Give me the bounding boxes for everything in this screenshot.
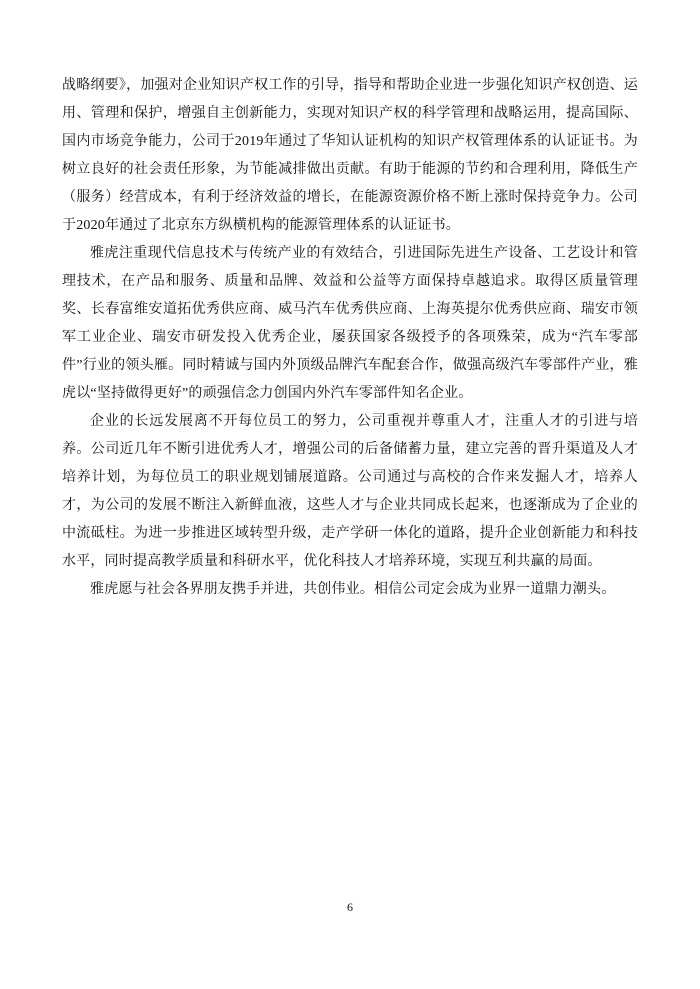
paragraph: 雅虎愿与社会各界朋友携手并进，共创伟业。相信公司定会成为业界一道鼎力潮头。: [62, 576, 638, 604]
paragraph: 雅虎注重现代信息技术与传统产业的有效结合，引进国际先进生产设备、工艺设计和管理技…: [62, 240, 638, 408]
paragraph: 战略纲要》，加强对企业知识产权工作的引导，指导和帮助企业进一步强化知识产权创造、…: [62, 72, 638, 240]
document-page: 战略纲要》，加强对企业知识产权工作的引导，指导和帮助企业进一步强化知识产权创造、…: [0, 0, 700, 989]
page-footer: 6: [0, 898, 700, 916]
page-number: 6: [347, 900, 353, 914]
paragraph: 企业的长远发展离不开每位员工的努力，公司重视并尊重人才，注重人才的引进与培养。公…: [62, 408, 638, 576]
document-body: 战略纲要》，加强对企业知识产权工作的引导，指导和帮助企业进一步强化知识产权创造、…: [62, 72, 638, 604]
